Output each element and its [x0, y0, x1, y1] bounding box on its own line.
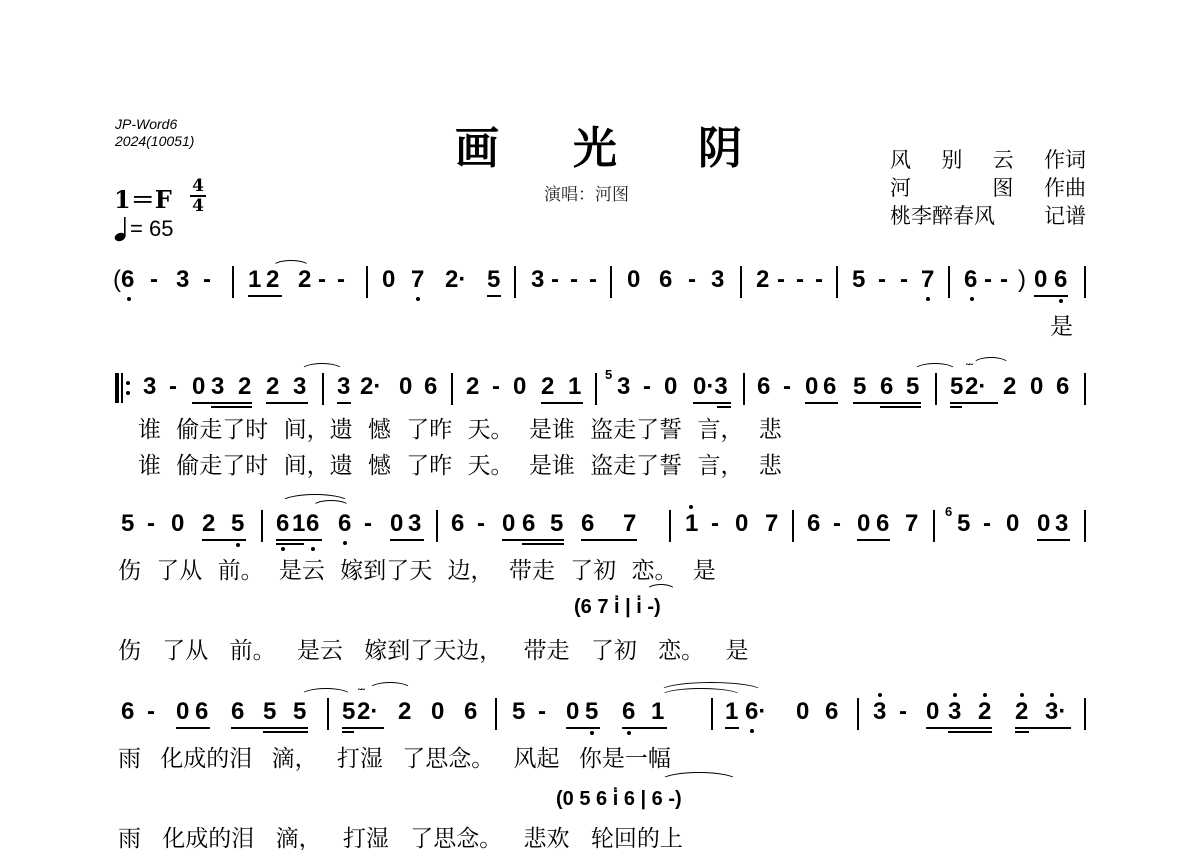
low-octave-dot [1059, 299, 1063, 303]
note: 3 [948, 698, 961, 726]
low-octave-dot [127, 297, 131, 301]
underline [581, 539, 637, 541]
double-underline [263, 731, 308, 733]
dash: - [364, 510, 372, 538]
note: 2· [357, 698, 378, 726]
barline [610, 266, 612, 298]
dash: - [169, 373, 177, 401]
underline [202, 539, 246, 541]
underline [853, 402, 921, 404]
high-octave-dot [1020, 693, 1024, 697]
note: 2 [978, 698, 991, 726]
song-title: 画 光 阴 [455, 112, 755, 168]
underline [1015, 727, 1071, 729]
time-sig-bottom: 4 [190, 198, 206, 214]
double-underline [211, 406, 252, 408]
mordent-icon: ˜˜ [358, 688, 365, 699]
note: 6· [745, 698, 766, 726]
note: 3 [408, 510, 421, 538]
double-underline [950, 406, 962, 408]
credit-name-char: 河 [890, 174, 911, 202]
note: 0 [431, 698, 444, 726]
note: 2 [1015, 698, 1028, 726]
barline [792, 510, 794, 542]
software-name: JP-Word6 [115, 116, 194, 133]
lyrics-verse-2: 雨 化成的泪 滴， 打湿 了思念。 悲欢 轮回的上 [118, 820, 683, 850]
note: 0 [627, 266, 640, 294]
repeat-thin-bar [121, 373, 123, 403]
underline [725, 727, 739, 729]
low-octave-dot [750, 729, 754, 733]
dash: - [783, 373, 791, 401]
note: 6 [757, 373, 770, 401]
credit-name-char: 别 [941, 146, 962, 174]
note: 5 [853, 373, 866, 401]
note: 6 [964, 266, 977, 294]
quarter-note-icon [114, 216, 130, 242]
low-octave-dot [926, 297, 930, 301]
underline [926, 727, 992, 729]
note: 2· [360, 373, 381, 401]
note: 2 [266, 373, 279, 401]
note: 0 [192, 373, 205, 401]
barline [933, 510, 935, 542]
credit-transcriber: 桃李醉春风 记谱 [890, 202, 1086, 230]
software-label: JP-Word6 2024(10051) [115, 116, 194, 150]
underline [541, 402, 583, 404]
paren-close: ) [1018, 266, 1026, 294]
note: 6 [880, 373, 893, 401]
underline [566, 727, 600, 729]
note: 3 [873, 698, 886, 726]
high-octave-dot [983, 693, 987, 697]
tempo-marking: = 65 [114, 216, 173, 242]
lyrics-verse-1: 雨 化成的泪 滴， 打湿 了思念。 风起 你是一幅 [118, 740, 671, 773]
dash: - [318, 266, 326, 294]
underline [950, 402, 998, 404]
note: 0 [1037, 510, 1050, 538]
dash: - [150, 266, 158, 294]
score-line-1: ( 6 - 3 - 1 2 2 - - 0 7 2· 5 3 - - - 0 6… [0, 266, 1200, 346]
singer-label: 演唱：河图 [544, 180, 629, 205]
dash: - [589, 266, 597, 294]
barline [857, 698, 859, 730]
score-line-2: 3 - 0 3 2 2 3 3 2· 0 6 2 - 0 2 1 5 3 - 0… [0, 373, 1200, 483]
barline [322, 373, 324, 405]
high-octave-dot [953, 693, 957, 697]
note: 0 [805, 373, 818, 401]
underline [192, 402, 252, 404]
note: 0 [1034, 266, 1047, 294]
double-underline [717, 406, 731, 408]
note: 5 [342, 698, 355, 726]
dash: - [337, 266, 345, 294]
barline [743, 373, 745, 405]
note: 6 [581, 510, 594, 538]
interlude-notes: (6 7 i̇ | i̇ -) [574, 596, 661, 618]
underline [231, 727, 308, 729]
note: 6 [464, 698, 477, 726]
grace-note: 5 [605, 367, 612, 382]
underline [1034, 295, 1068, 297]
note: 0 [566, 698, 579, 726]
underline [248, 295, 282, 297]
dash: - [477, 510, 485, 538]
barline [232, 266, 234, 298]
slur [660, 772, 738, 790]
low-octave-dot [970, 297, 974, 301]
underline [1037, 539, 1070, 541]
low-octave-dot [236, 543, 240, 547]
note: 5 [487, 266, 500, 294]
dash: - [815, 266, 823, 294]
title-char: 画 [455, 112, 499, 176]
note: 3 [711, 266, 724, 294]
note: 6 [622, 698, 635, 726]
note: 0 [857, 510, 870, 538]
underline [805, 402, 838, 404]
dash: - [551, 266, 559, 294]
barline [935, 373, 937, 405]
note: 0 [502, 510, 515, 538]
note: 6 [338, 510, 351, 538]
note: 5 [550, 510, 563, 538]
slur [972, 357, 1010, 373]
note: 2 [541, 373, 554, 401]
barline [948, 266, 950, 298]
note: 5 [957, 510, 970, 538]
note: 5 [585, 698, 598, 726]
time-sig-top: 4 [190, 178, 206, 194]
double-underline [1015, 731, 1029, 733]
note: 0 [513, 373, 526, 401]
barline [366, 266, 368, 298]
barline [740, 266, 742, 298]
underline [693, 402, 731, 404]
time-signature: 4 4 [190, 178, 206, 214]
credit-name-char: 云 [993, 146, 1014, 174]
credit-lyricist: 风 别 云 作词 [890, 146, 1086, 174]
note: 0 [735, 510, 748, 538]
barline [711, 698, 713, 730]
underline [487, 295, 501, 297]
underline [502, 539, 564, 541]
note: 5 [231, 510, 244, 538]
underline [176, 727, 210, 729]
barline [1084, 266, 1086, 298]
double-underline [522, 543, 564, 545]
note: 6 [424, 373, 437, 401]
slur [368, 682, 412, 698]
note: 5 [263, 698, 276, 726]
dash: - [984, 266, 992, 294]
dash: - [1000, 266, 1008, 294]
note: 3 [1055, 510, 1068, 538]
lyrics-verse-2: 伤 了从 前。 是云 嫁到了天边， 带走 了初 恋。 是 [118, 632, 749, 665]
note: 6 [1054, 266, 1067, 294]
note: 6 [659, 266, 672, 294]
low-octave-dot [590, 731, 594, 735]
note: 0 [796, 698, 809, 726]
score-line-4: 6 - 0 6 6 5 5 5 2· ˜˜ 2 0 6 5 - 0 5 6 1 … [0, 698, 1200, 850]
note: 3 [143, 373, 156, 401]
dash: - [147, 698, 155, 726]
dash: - [711, 510, 719, 538]
note: 2 [1003, 373, 1016, 401]
lyrics-verse-1: 谁 偷走了时 间，遗 憾 了昨 天。 是谁 盗走了誓 言， 悲 [138, 411, 782, 444]
interlude-notes: (0 5 6 i̇ 6 | 6 -) [556, 788, 682, 810]
note: 3 [617, 373, 630, 401]
note: 6 [825, 698, 838, 726]
title-char: 光 [573, 112, 617, 176]
dash: - [833, 510, 841, 538]
credit-spacer [942, 174, 962, 202]
note: 5 [121, 510, 134, 538]
paren-open: ( [113, 266, 121, 294]
note: 0·3 [693, 373, 728, 401]
note: 1 [248, 266, 261, 294]
note: 3· [1045, 698, 1066, 726]
dash: - [570, 266, 578, 294]
note: 0 [1006, 510, 1019, 538]
note: 0 [390, 510, 403, 538]
note: 7 [765, 510, 778, 538]
note: 0 [664, 373, 677, 401]
note: 1 [725, 698, 738, 726]
double-underline [276, 543, 304, 545]
underline [276, 539, 322, 541]
dash: - [878, 266, 886, 294]
dash: - [147, 510, 155, 538]
low-octave-dot [311, 547, 315, 551]
credit-role: 记谱 [1044, 202, 1086, 230]
barline [451, 373, 453, 405]
note: 2 [202, 510, 215, 538]
credit-role: 作词 [1044, 146, 1086, 174]
barline [1084, 373, 1086, 405]
high-octave-dot [1050, 693, 1054, 697]
dash: - [796, 266, 804, 294]
interlude-phrase: (6 7 i̇ | i̇ -) [574, 596, 661, 619]
score-line-3: 5 - 0 2 5 6 1 6 6 - 0 3 6 - 0 6 5 6 7 1 … [0, 510, 1200, 680]
underline [337, 402, 351, 404]
double-underline [342, 731, 354, 733]
software-edition: 2024(10051) [115, 133, 194, 150]
low-octave-dot [281, 547, 285, 551]
note: 6 [451, 510, 464, 538]
credit-name: 桃李醉春风 [890, 202, 995, 230]
underline [390, 539, 424, 541]
note: 6 [823, 373, 836, 401]
barline [1084, 510, 1086, 542]
note: 6 [522, 510, 535, 538]
note: 1 [685, 510, 698, 538]
barline [836, 266, 838, 298]
note: 2 [756, 266, 769, 294]
note: 2· [965, 373, 986, 401]
low-octave-dot [627, 731, 631, 735]
barline [1084, 698, 1086, 730]
barline [261, 510, 263, 542]
credit-name-char: 图 [992, 174, 1013, 202]
dash: - [777, 266, 785, 294]
note: 3 [531, 266, 544, 294]
note: 0 [399, 373, 412, 401]
note: 5 [512, 698, 525, 726]
note: 2 [298, 266, 311, 294]
barline [436, 510, 438, 542]
barline [327, 698, 329, 730]
note: 6 [121, 698, 134, 726]
dash: - [203, 266, 211, 294]
note: 1 [292, 510, 305, 538]
note: 2· [445, 266, 466, 294]
repeat-thick-bar [115, 373, 119, 403]
note: 0 [176, 698, 189, 726]
note: 7 [411, 266, 424, 294]
lyrics-verse-2: 谁 偷走了时 间，遗 憾 了昨 天。 是谁 盗走了誓 言， 悲 [138, 447, 782, 480]
note: 2 [238, 373, 251, 401]
note: 6 [276, 510, 289, 538]
dash: - [983, 510, 991, 538]
double-underline [880, 406, 921, 408]
note: 6 [121, 266, 134, 294]
low-octave-dot [416, 297, 420, 301]
note: 6 [306, 510, 319, 538]
repeat-dot [126, 391, 130, 395]
note: 5 [950, 373, 963, 401]
credit-composer: 河 图 作曲 [890, 174, 1086, 202]
note: 1 [568, 373, 581, 401]
note: 0 [926, 698, 939, 726]
double-underline [948, 731, 992, 733]
underline [622, 727, 667, 729]
note: 6 [195, 698, 208, 726]
note: 0 [1030, 373, 1043, 401]
note: 7 [623, 510, 636, 538]
note: 6 [807, 510, 820, 538]
lyric: 是 [1050, 308, 1073, 341]
barline [514, 266, 516, 298]
note: 0 [382, 266, 395, 294]
repeat-dot [126, 381, 130, 385]
underline [857, 539, 890, 541]
interlude-phrase: (0 5 6 i̇ 6 | 6 -) [556, 788, 682, 811]
note: 2 [466, 373, 479, 401]
dash: - [688, 266, 696, 294]
barline [669, 510, 671, 542]
dash: - [643, 373, 651, 401]
note: 7 [905, 510, 918, 538]
note: 6 [1056, 373, 1069, 401]
title-char: 阴 [698, 112, 742, 176]
high-octave-dot [689, 505, 693, 509]
high-octave-dot [878, 693, 882, 697]
key-signature: 1＝F [114, 180, 172, 215]
barline [595, 373, 597, 405]
underline [266, 402, 308, 404]
underline [342, 727, 384, 729]
note: 3 [176, 266, 189, 294]
note: 2 [398, 698, 411, 726]
low-octave-dot [343, 541, 347, 545]
note: 5 [852, 266, 865, 294]
credits: 风 别 云 作词 河 图 作曲 桃李醉春风 记谱 [890, 146, 1086, 230]
credit-role: 作曲 [1044, 174, 1086, 202]
note: 3 [211, 373, 224, 401]
note: 6 [876, 510, 889, 538]
barline [495, 698, 497, 730]
credit-name-char: 风 [890, 146, 911, 174]
dash: - [492, 373, 500, 401]
note: 7 [921, 266, 934, 294]
dash: - [900, 266, 908, 294]
note: 0 [171, 510, 184, 538]
tie [646, 584, 676, 598]
tempo-value: = 65 [130, 216, 173, 242]
grace-note: 6 [945, 504, 952, 519]
note: 3 [337, 373, 350, 401]
note: 6 [231, 698, 244, 726]
dash: - [538, 698, 546, 726]
dash: - [899, 698, 907, 726]
lyrics-verse-1: 伤 了从 前。 是云 嫁到了天 边， 带走 了初 恋。 是 [118, 552, 716, 585]
